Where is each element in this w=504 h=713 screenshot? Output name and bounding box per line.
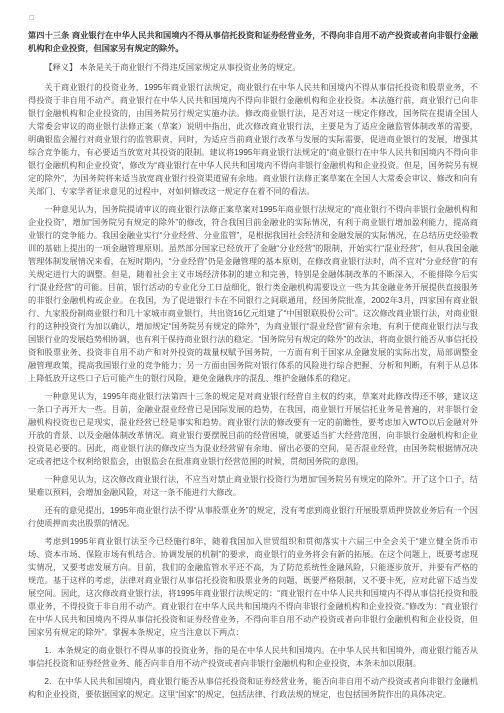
stray-glyph-marker: □ [29,15,478,21]
article-text: 第四十三条 商业银行在中华人民共和国境内不得从事信托投资和证券经营业务，不得向非… [28,29,478,55]
paragraph-opinion-2: 一种意见认为，1995年商业银行法第四十三条的规定是对商业银行经营自主权的约束，… [28,390,478,468]
paragraph-opinion-3: 一种意见认为，这次修改商业银行法，不应当对禁止商业银行投资行为增加“国务院另有规… [28,473,478,499]
paragraph-point-2: 2．在中华人民共和国境内，商业银行能否从事信托投资和证券经营业务，能否向非自用不… [28,675,478,701]
paragraph-opinion-4: 还有的意见提出，1995年商业银行法不得“从事股票业务”的规定，没有考虑到商业银… [28,504,478,530]
document-page: □ 第四十三条 商业银行在中华人民共和国境内不得从事信托投资和证券经营业务，不得… [28,15,478,706]
interpretation-heading: 【释义】 本条是关于商业银行不得违反国家规定从事投资业务的规定。 [28,61,478,74]
paragraph-investment-overview: 关于商业银行的投资业务，1995年商业银行法规定，商业银行在中华人民共和国境内不… [28,81,478,198]
page: { "page": { "background": "#ffffff", "te… [0,0,504,713]
paragraph-opinion-1: 一种意见认为，国务院提请审议的商业银行法修正案草案对1995年商业银行法规定的“… [28,203,478,385]
paragraph-point-1: 1．本条规定的商业银行不得从事的投资业务，指的是在中华人民共和国境内。在中华人民… [28,644,478,670]
paragraph-consideration: 考虑到1995年商业银行法至今已经施行8年，随着我国加入世贸组织和贯彻落实十六届… [28,535,478,639]
